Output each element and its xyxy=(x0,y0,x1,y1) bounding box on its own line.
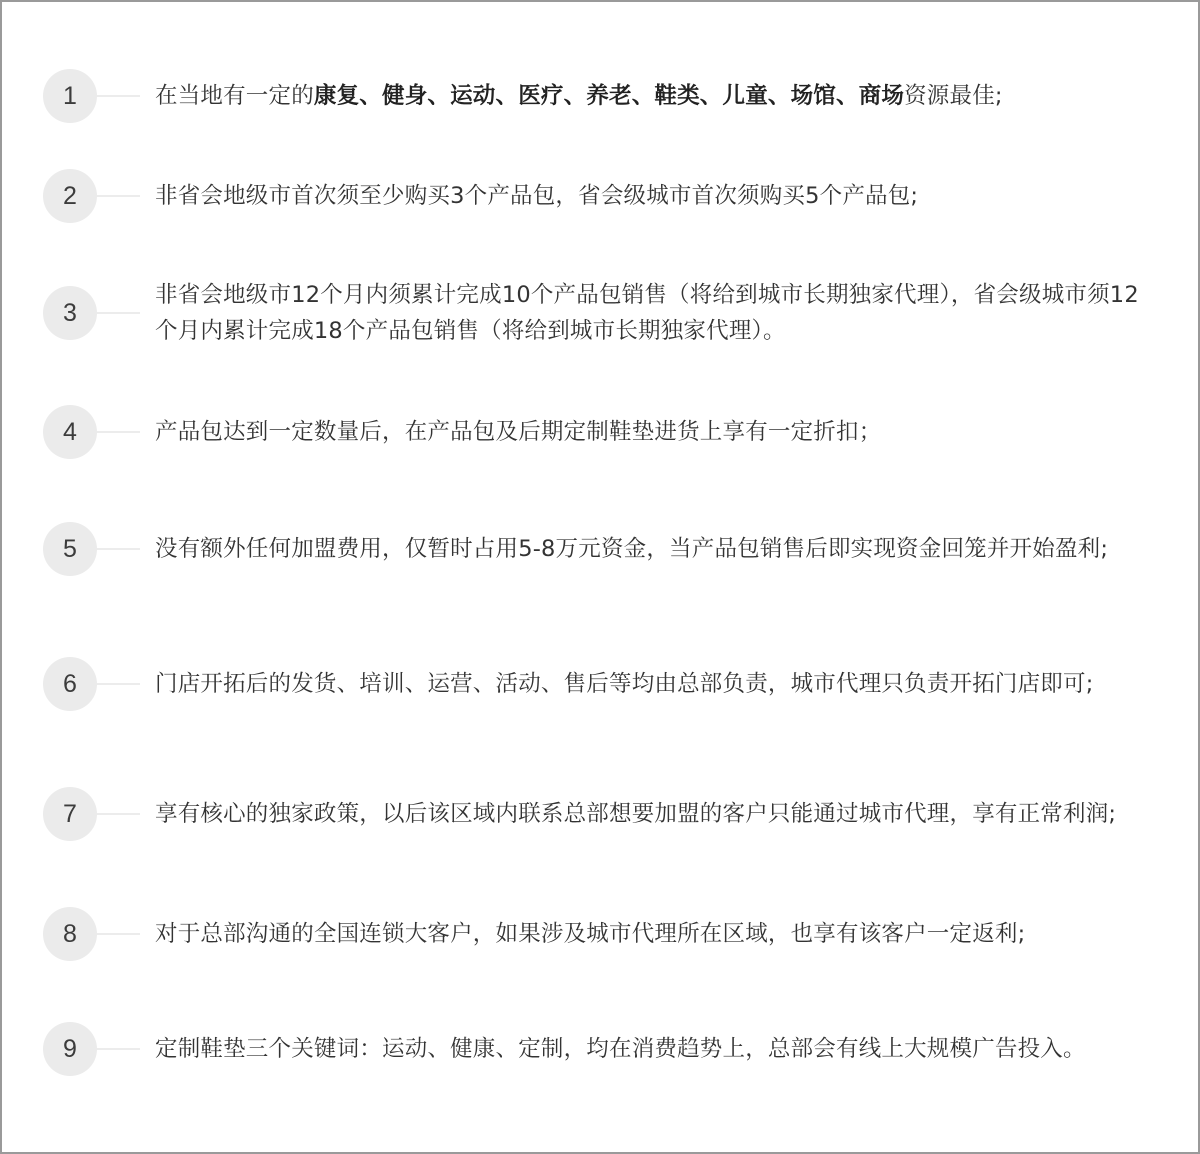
step-number-badge: 5 xyxy=(43,522,97,576)
step-number-badge: 7 xyxy=(43,787,97,841)
connector-line xyxy=(97,312,140,314)
item-text: 门店开拓后的发货、培训、运营、活动、售后等均由总部负责，城市代理只负责开拓门店即… xyxy=(155,666,1160,702)
item-text: 在当地有一定的康复、健身、运动、医疗、养老、鞋类、儿童、场馆、商场资源最佳; xyxy=(155,78,1160,114)
item-text: 没有额外任何加盟费用，仅暂时占用5-8万元资金，当产品包销售后即实现资金回笼并开… xyxy=(155,531,1160,567)
item-text: 享有核心的独家政策，以后该区域内联系总部想要加盟的客户只能通过城市代理，享有正常… xyxy=(155,796,1160,832)
item-text: 产品包达到一定数量后，在产品包及后期定制鞋垫进货上享有一定折扣； xyxy=(155,414,1160,450)
step-number-badge: 6 xyxy=(43,657,97,711)
step-number-badge: 8 xyxy=(43,907,97,961)
item-text-segment: 资源最佳; xyxy=(904,83,1003,109)
item-text: 对于总部沟通的全国连锁大客户，如果涉及城市代理所在区域，也享有该客户一定返利; xyxy=(155,916,1160,952)
step-number-badge: 4 xyxy=(43,405,97,459)
item-text: 定制鞋垫三个关键词：运动、健康、定制，均在消费趋势上，总部会有线上大规模广告投入… xyxy=(155,1031,1160,1067)
connector-line xyxy=(97,548,140,550)
connector-line xyxy=(97,95,140,97)
step-number-badge: 2 xyxy=(43,169,97,223)
step-number-badge: 9 xyxy=(43,1022,97,1076)
step-number-badge: 1 xyxy=(43,69,97,123)
item-text-segment: 在当地有一定的 xyxy=(155,83,314,109)
requirements-document: 1 在当地有一定的康复、健身、运动、医疗、养老、鞋类、儿童、场馆、商场资源最佳;… xyxy=(0,0,1200,1154)
connector-line xyxy=(97,195,140,197)
connector-line xyxy=(97,431,140,433)
item-text: 非省会地级市12个月内须累计完成10个产品包销售（将给到城市长期独家代理），省会… xyxy=(155,277,1160,349)
connector-line xyxy=(97,813,140,815)
connector-line xyxy=(97,933,140,935)
connector-line xyxy=(97,1048,140,1050)
item-text-bold-segment: 康复、健身、运动、医疗、养老、鞋类、儿童、场馆、商场 xyxy=(314,83,904,109)
item-text: 非省会地级市首次须至少购买3个产品包，省会级城市首次须购买5个产品包; xyxy=(155,178,1160,214)
connector-line xyxy=(97,683,140,685)
step-number-badge: 3 xyxy=(43,286,97,340)
